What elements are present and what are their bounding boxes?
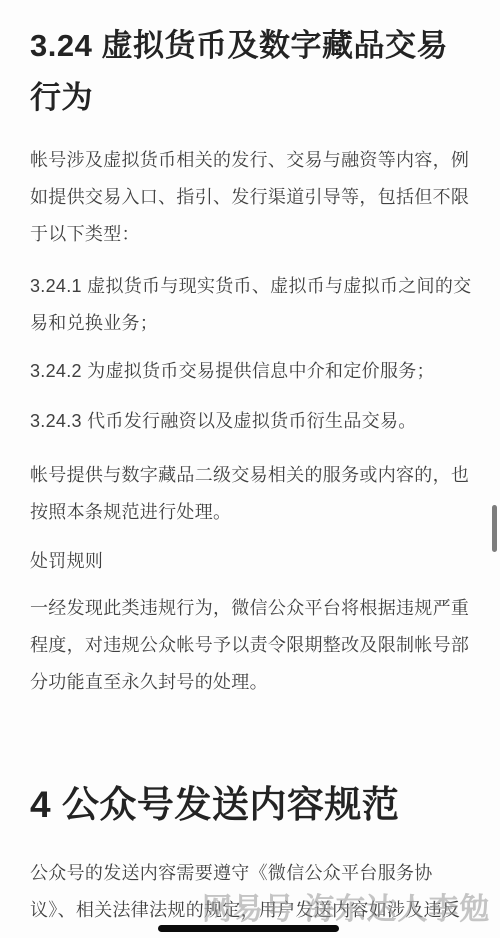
text-line: 帐号提供与数字藏品二级交易相关的服务或内容的，也 — [30, 457, 470, 494]
text-line: 3.24.3 代币发行融资以及虚拟货币衍生品交易。 — [30, 403, 470, 440]
paragraph-content-rules: 公众号的发送内容需要遵守《微信公众平台服务协 议》、相关法律法规的规定，用户发送… — [30, 855, 470, 929]
chapter-heading-4: 4 公众号发送内容规范 — [30, 780, 470, 830]
heading-line: 4 公众号发送内容规范 — [30, 780, 470, 830]
text-line: 公众号的发送内容需要遵守《微信公众平台服务协 — [30, 855, 470, 892]
list-item-3-24-1: 3.24.1 虚拟货币与现实货币、虚拟币与虚拟币之间的交 易和兑换业务； — [30, 268, 470, 342]
paragraph-digital-collectibles: 帐号提供与数字藏品二级交易相关的服务或内容的，也 按照本条规范进行处理。 — [30, 457, 470, 531]
paragraph-intro: 帐号涉及虚拟货币相关的发行、交易与融资等内容，例 如提供交易入口、指引、发行渠道… — [30, 142, 470, 253]
section-heading-3-24: 3.24 虚拟货币及数字藏品交易 行为 — [30, 20, 470, 124]
sub-heading-punishment-rules: 处罚规则 — [30, 543, 470, 580]
document-body: 3.24 虚拟货币及数字藏品交易 行为 帐号涉及虚拟货币相关的发行、交易与融资等… — [0, 20, 500, 929]
text-line: 分功能直至永久封号的处理。 — [30, 664, 470, 701]
text-line: 一经发现此类违规行为，微信公众平台将根据违规严重 — [30, 590, 470, 627]
scrollbar-thumb[interactable] — [492, 505, 497, 552]
text-line: 3.24.2 为虚拟货币交易提供信息中介和定价服务； — [30, 353, 470, 390]
heading-line: 3.24 虚拟货币及数字藏品交易 — [30, 20, 470, 72]
text-line: 3.24.1 虚拟货币与现实货币、虚拟币与虚拟币之间的交 — [30, 268, 470, 305]
text-line: 程度，对违规公众帐号予以责令限期整改及限制帐号部 — [30, 627, 470, 664]
text-line: 处罚规则 — [30, 543, 470, 580]
list-item-3-24-3: 3.24.3 代币发行融资以及虚拟货币衍生品交易。 — [30, 403, 470, 440]
list-item-3-24-2: 3.24.2 为虚拟货币交易提供信息中介和定价服务； — [30, 353, 470, 390]
text-line: 帐号涉及虚拟货币相关的发行、交易与融资等内容，例 — [30, 142, 470, 179]
paragraph-punishment: 一经发现此类违规行为，微信公众平台将根据违规严重 程度，对违规公众帐号予以责令限… — [30, 590, 470, 701]
text-line: 如提供交易入口、指引、发行渠道引导等，包括但不限 — [30, 179, 470, 216]
text-line: 按照本条规范进行处理。 — [30, 494, 470, 531]
text-line: 于以下类型： — [30, 216, 470, 253]
text-line: 议》、相关法律法规的规定，用户发送内容如涉及违反 — [30, 892, 470, 929]
text-line: 易和兑换业务； — [30, 305, 470, 342]
home-indicator-bar[interactable] — [158, 925, 339, 932]
heading-line: 行为 — [30, 72, 470, 124]
